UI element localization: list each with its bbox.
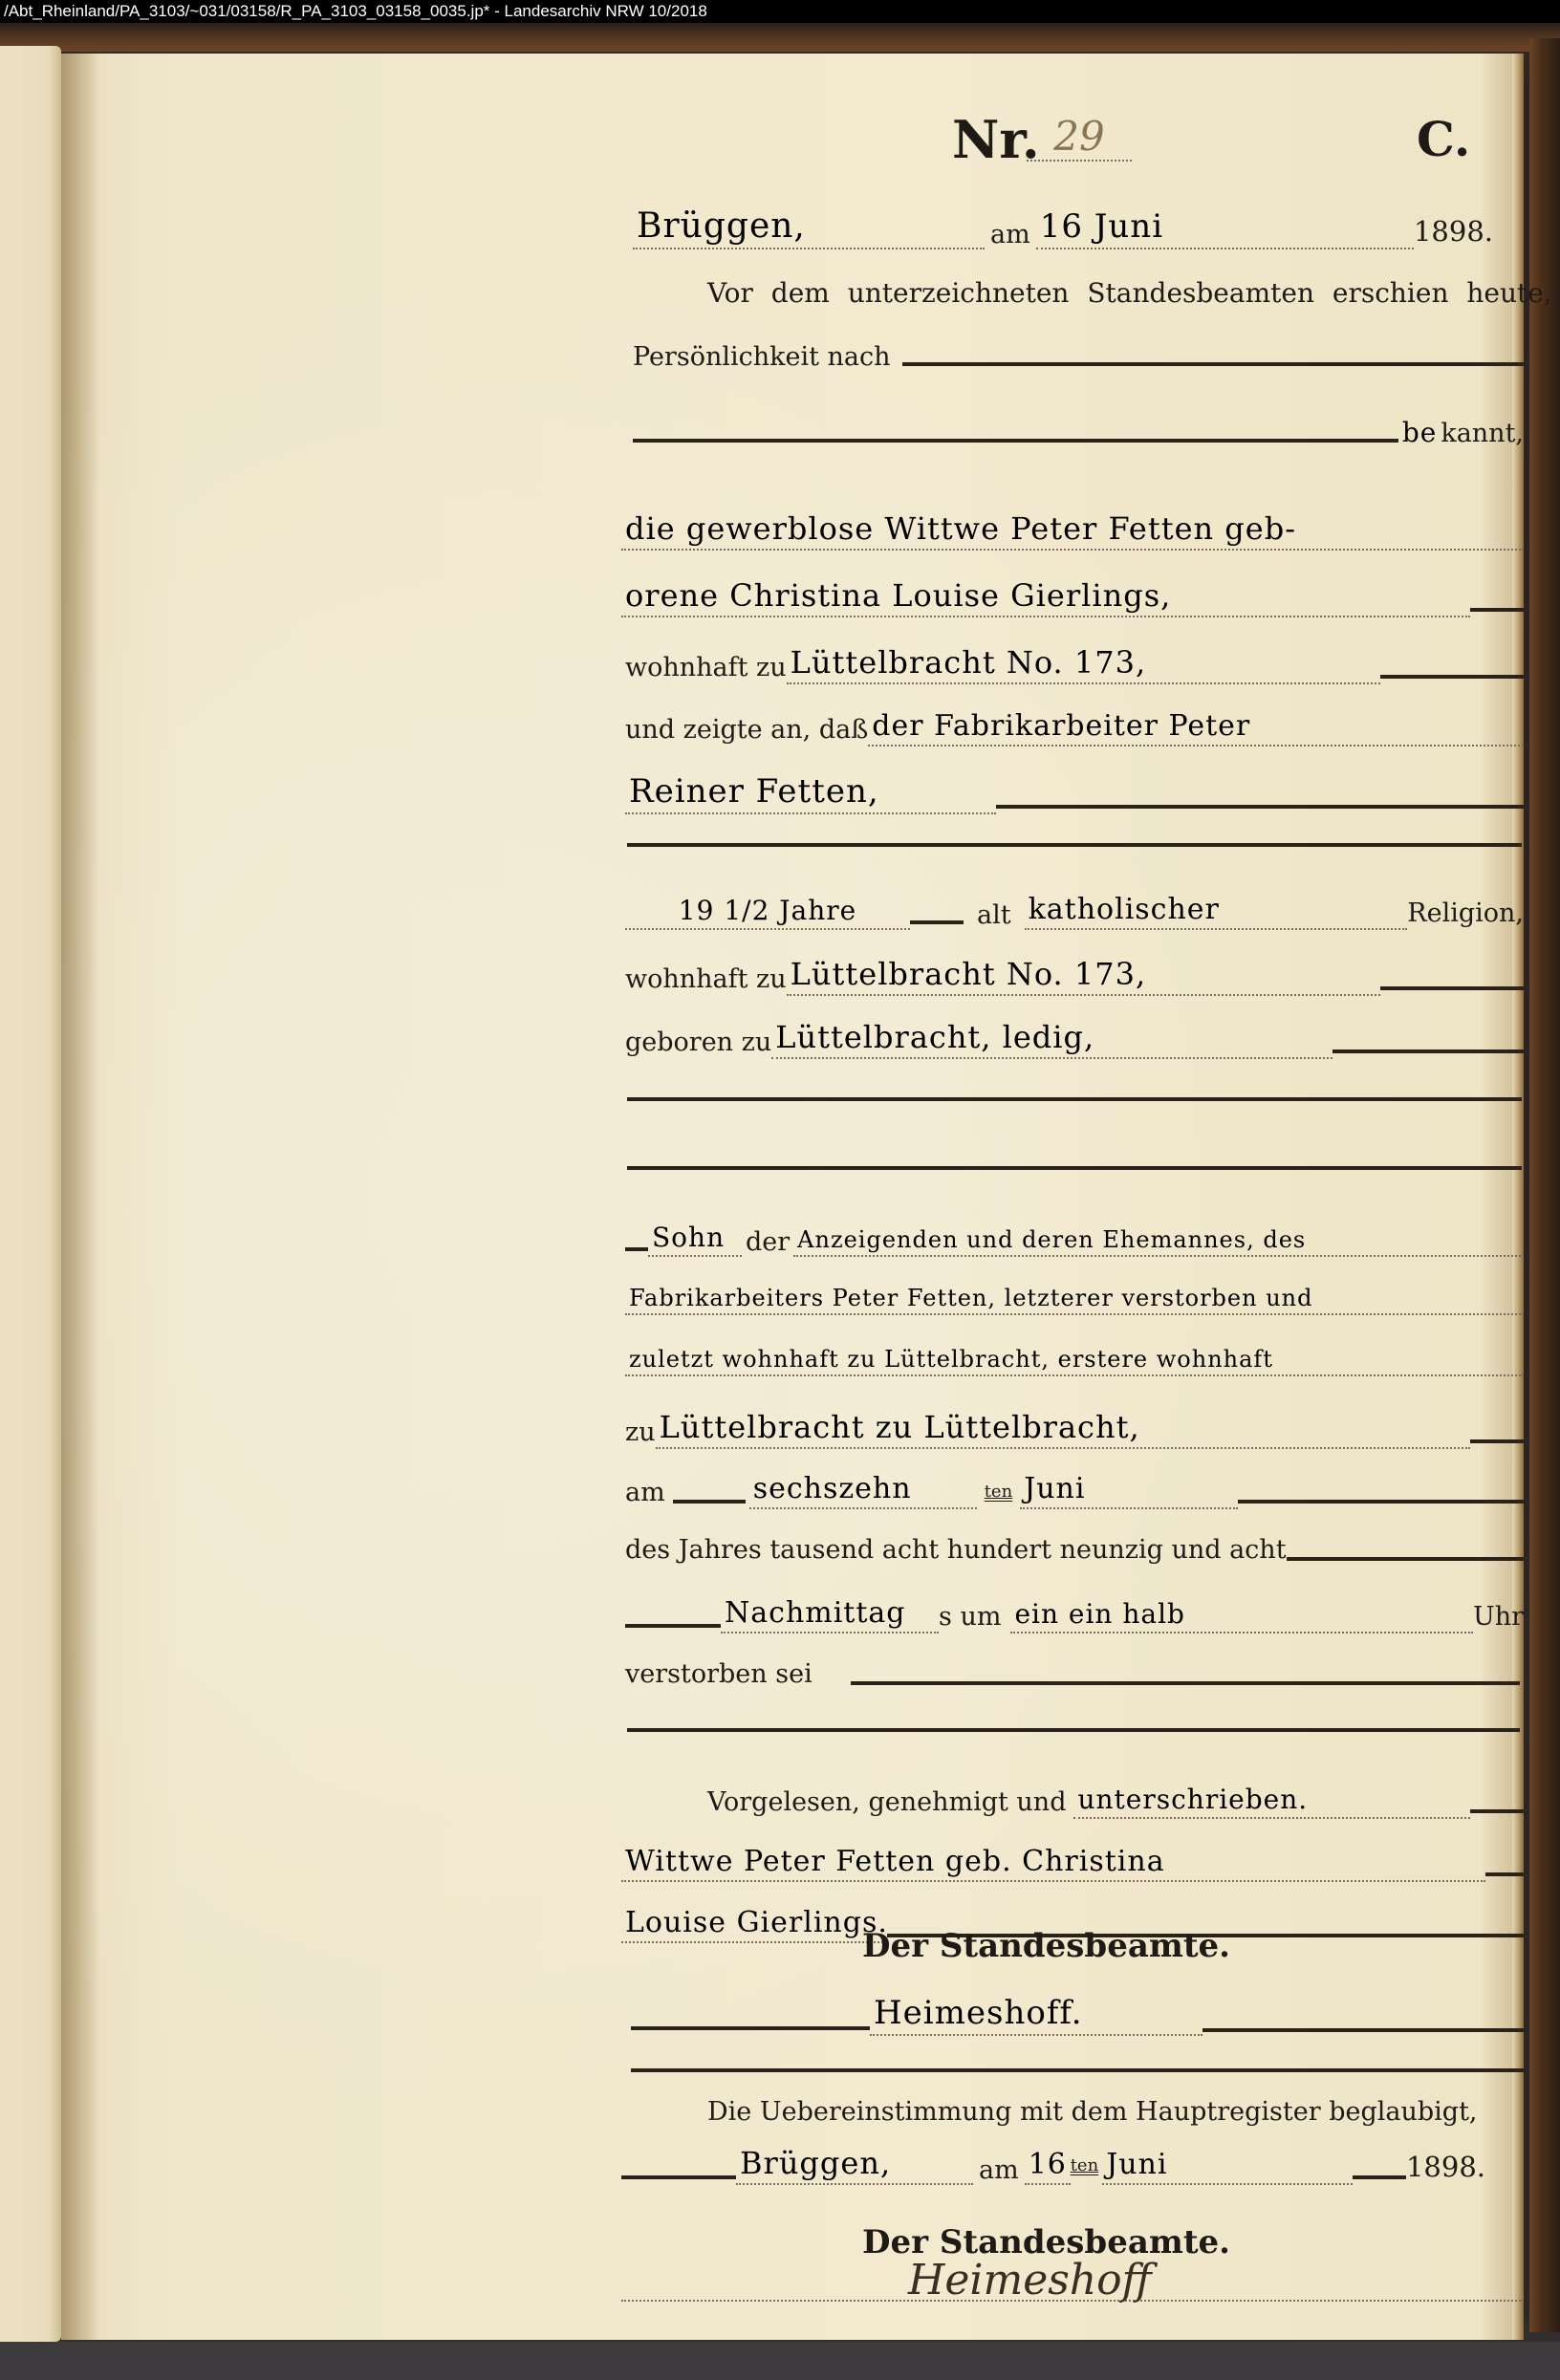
year-rule bbox=[1287, 1557, 1524, 1561]
deceased-name-1: der Fabrikarbeiter Peter bbox=[868, 709, 1524, 746]
deceased-name-2: Reiner Fetten, bbox=[625, 772, 996, 814]
signature-line-1: Wittwe Peter Fetten geb. Christina bbox=[621, 1845, 1524, 1882]
registrar-rule-left bbox=[631, 2026, 870, 2030]
known-line: be kannt, bbox=[633, 417, 1524, 450]
certification-text: Die Uebereinstimmung mit dem Hauptregist… bbox=[707, 2097, 1478, 2129]
reported-label: und zeigte an, daß bbox=[625, 715, 868, 746]
declarant-rule bbox=[1470, 608, 1524, 612]
declarant-residence-line: wohnhaft zu Lüttelbracht No. 173, bbox=[625, 644, 1524, 684]
cert-place-date-line: Brüggen, am 16 ten Juni 1898. bbox=[621, 2145, 1485, 2185]
known-suffix: kannt, bbox=[1441, 419, 1524, 450]
blank-rule-1 bbox=[627, 843, 1522, 847]
blank-rule-4 bbox=[627, 1728, 1520, 1732]
death-am-label: am bbox=[625, 1478, 665, 1509]
known-prefix: be bbox=[1398, 417, 1441, 450]
born-line: geboren zu Lüttelbracht, ledig, bbox=[625, 1019, 1524, 1059]
read-value: unterschrieben. bbox=[1073, 1784, 1470, 1819]
cert-year: 1898. bbox=[1406, 2151, 1485, 2185]
year-line: des Jahres tausend acht hundert neunzig … bbox=[625, 1535, 1524, 1567]
residence-label: wohnhaft zu bbox=[625, 653, 787, 684]
residence-rule bbox=[1380, 675, 1524, 679]
born-value: Lüttelbracht, ledig, bbox=[771, 1019, 1332, 1059]
time-suffix: s um bbox=[939, 1602, 1010, 1634]
blank-rule-3 bbox=[627, 1166, 1522, 1170]
died-label: verstorben sei bbox=[625, 1659, 812, 1691]
cert-am-label: am bbox=[973, 2155, 1025, 2185]
book-cover-top-edge bbox=[0, 23, 1560, 52]
year-text: des Jahres tausend acht hundert neunzig … bbox=[625, 1535, 1287, 1567]
register-letter: C. bbox=[1417, 111, 1470, 167]
born-label: geboren zu bbox=[625, 1028, 771, 1059]
age-religion-line: 19 1/2 Jahre alt katholischer Religion, bbox=[625, 893, 1524, 930]
deceased-rule bbox=[996, 805, 1524, 809]
death-date-rule bbox=[1238, 1500, 1524, 1504]
declarant-line-2: orene Christina Louise Gierlings, bbox=[621, 577, 1524, 617]
death-place: Lüttelbracht zu Lüttelbracht, bbox=[656, 1409, 1470, 1449]
cert-ten-suffix: ten bbox=[1071, 2155, 1102, 2185]
parents-line-1: Sohn der Anzeigenden und deren Ehemannes… bbox=[625, 1222, 1524, 1257]
religion-value: katholischer bbox=[1025, 893, 1408, 930]
age-rule bbox=[910, 920, 964, 924]
read-line: Vorgelesen, genehmigt und unterschrieben… bbox=[707, 1784, 1524, 1819]
death-place-rule bbox=[1470, 1439, 1524, 1443]
age-value: 19 1/2 Jahre bbox=[625, 895, 910, 930]
declarant-signature-1: Wittwe Peter Fetten geb. Christina bbox=[621, 1845, 1485, 1882]
deceased-residence-line: wohnhaft zu Lüttelbracht No. 173, bbox=[625, 956, 1524, 996]
parents-text-2: Fabrikarbeiters Peter Fetten, letzterer … bbox=[625, 1285, 1524, 1315]
time-lead-rule bbox=[625, 1624, 721, 1628]
place-value: Brüggen, bbox=[633, 206, 985, 249]
death-place-line: zu Lüttelbracht zu Lüttelbracht, bbox=[625, 1409, 1524, 1449]
cert-signature: Heimeshoff bbox=[908, 2256, 1152, 2304]
personality-rule bbox=[902, 362, 1524, 366]
blank-rule-5 bbox=[631, 2068, 1524, 2072]
signature-rule-1 bbox=[1485, 1872, 1524, 1876]
death-day: sechszehn bbox=[749, 1472, 977, 1509]
viewer-title-bar: /Abt_Rheinland/PA_3103/~031/03158/R_PA_3… bbox=[0, 0, 1560, 23]
personality-line: Persönlichkeit nach bbox=[633, 342, 1524, 374]
year-value: 1898. bbox=[1414, 215, 1493, 249]
cert-signature-line: Heimeshoff bbox=[621, 2261, 1524, 2302]
registrar-signature: Heimeshoff. bbox=[870, 1994, 1202, 2036]
reported-line: und zeigte an, daß der Fabrikarbeiter Pe… bbox=[625, 709, 1524, 746]
gutter-shadow bbox=[61, 54, 99, 2340]
registrar-signature-line: Heimeshoff. bbox=[631, 1994, 1524, 2036]
place-date-line: Brüggen, am 16 Juni 1898. bbox=[633, 206, 1493, 249]
am-label: am bbox=[985, 220, 1036, 249]
registrar-rule-right bbox=[1202, 2028, 1524, 2032]
deceased-residence: Lüttelbracht No. 173, bbox=[787, 956, 1380, 996]
death-date-line: am sechszehn ten Juni bbox=[625, 1472, 1524, 1509]
time-value: ein ein halb bbox=[1010, 1598, 1473, 1634]
deceased-residence-rule bbox=[1380, 986, 1524, 990]
known-rule bbox=[633, 439, 1398, 443]
cert-month: Juni bbox=[1102, 2148, 1353, 2185]
cert-day: 16 bbox=[1025, 2148, 1071, 2185]
born-rule bbox=[1332, 1049, 1524, 1053]
parents-prefix: Sohn bbox=[648, 1222, 742, 1257]
intro-text: Vor dem unterzeichneten Standesbeamten e… bbox=[707, 277, 1560, 311]
cert-year-rule bbox=[1353, 2175, 1406, 2179]
parents-der-label: der bbox=[742, 1227, 793, 1257]
blank-rule-2 bbox=[627, 1097, 1522, 1101]
personality-label: Persönlichkeit nach bbox=[633, 342, 891, 374]
declarant-name-1: die gewerblose Wittwe Peter Fetten geb- bbox=[621, 510, 1524, 551]
read-label: Vorgelesen, genehmigt und bbox=[707, 1787, 1066, 1819]
zu-label: zu bbox=[625, 1417, 656, 1449]
declarant-residence: Lüttelbracht No. 173, bbox=[787, 644, 1380, 684]
date-value: 16 Juni bbox=[1036, 207, 1414, 249]
registrar-title: Der Standesbeamte. bbox=[862, 1927, 1230, 1965]
religion-label: Religion, bbox=[1407, 898, 1524, 930]
record-number-value: 29 bbox=[1027, 113, 1132, 162]
declarant-signature-2: Louise Gierlings. bbox=[621, 1906, 887, 1943]
declarant-line-1: die gewerblose Wittwe Peter Fetten geb- bbox=[621, 510, 1524, 551]
cert-place: Brüggen, bbox=[736, 2145, 973, 2185]
time-line: Nachmittag s um ein ein halb Uhr bbox=[625, 1596, 1524, 1634]
ten-suffix: ten bbox=[977, 1482, 1020, 1509]
cert-lead-rule bbox=[621, 2175, 736, 2179]
file-path-title: /Abt_Rheinland/PA_3103/~031/03158/R_PA_3… bbox=[4, 2, 707, 20]
death-date-lead-rule bbox=[673, 1500, 746, 1504]
deceased-line-2: Reiner Fetten, bbox=[625, 772, 1524, 814]
cert-signature-field: Heimeshoff bbox=[621, 2261, 1524, 2302]
declarant-name-2: orene Christina Louise Gierlings, bbox=[621, 577, 1470, 617]
book-cover-right-edge bbox=[1529, 38, 1560, 2332]
parents-text-1: Anzeigenden und deren Ehemannes, des bbox=[793, 1226, 1524, 1257]
left-page-edge bbox=[0, 46, 61, 2342]
deceased-residence-label: wohnhaft zu bbox=[625, 964, 787, 996]
register-page: Nr. 29 C. Brüggen, am 16 Juni 1898. Vor … bbox=[61, 54, 1524, 2340]
age-label: alt bbox=[964, 900, 1025, 930]
read-rule bbox=[1470, 1809, 1524, 1813]
died-line: verstorben sei bbox=[625, 1659, 1520, 1691]
uhr-label: Uhr bbox=[1473, 1602, 1524, 1634]
died-rule bbox=[851, 1681, 1520, 1685]
death-month: Juni bbox=[1020, 1472, 1238, 1509]
parents-text-3: zuletzt wohnhaft zu Lüttelbracht, erster… bbox=[625, 1346, 1524, 1376]
scanner-bed-bottom bbox=[0, 2342, 1560, 2380]
parents-lead-rule bbox=[625, 1247, 648, 1251]
parents-line-3: zuletzt wohnhaft zu Lüttelbracht, erster… bbox=[625, 1346, 1524, 1376]
parents-line-2: Fabrikarbeiters Peter Fetten, letzterer … bbox=[625, 1285, 1524, 1315]
time-of-day: Nachmittag bbox=[721, 1596, 939, 1634]
